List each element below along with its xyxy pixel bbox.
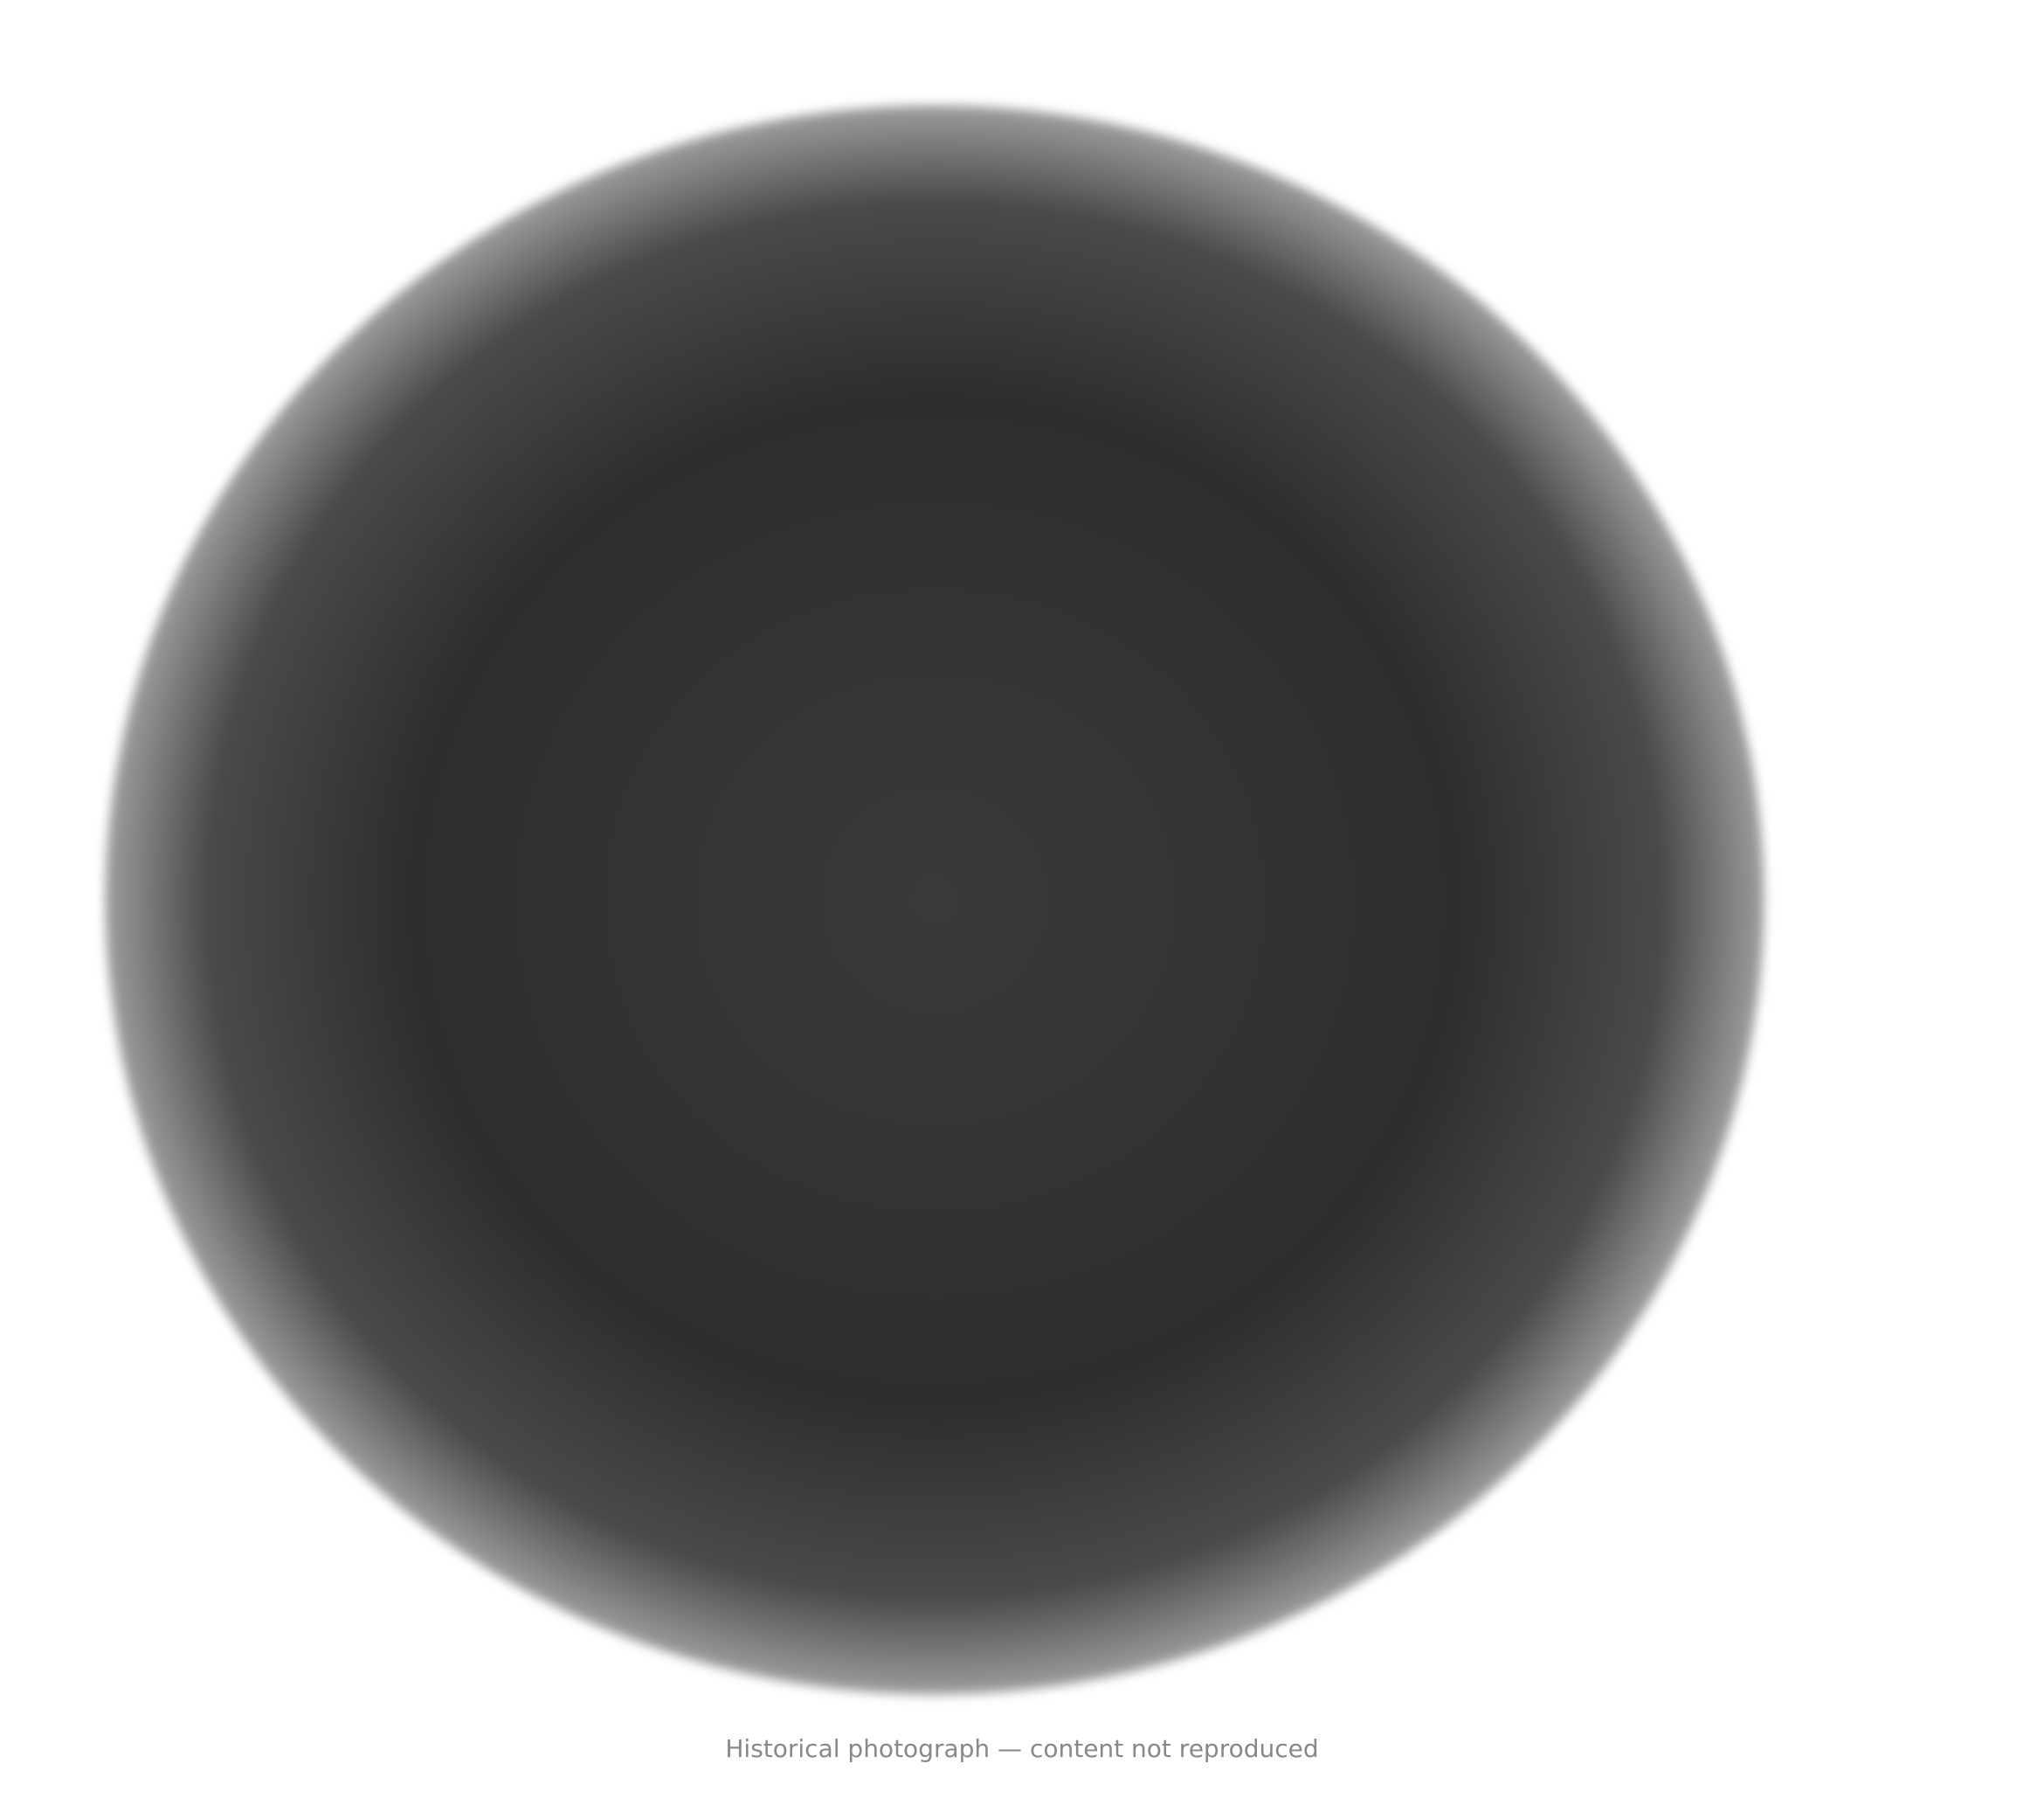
circular-vignette bbox=[105, 105, 1764, 1695]
photo-frame: Historical photograph — content not repr… bbox=[0, 0, 2044, 1798]
placeholder-caption: Historical photograph — content not repr… bbox=[0, 1734, 2044, 1763]
